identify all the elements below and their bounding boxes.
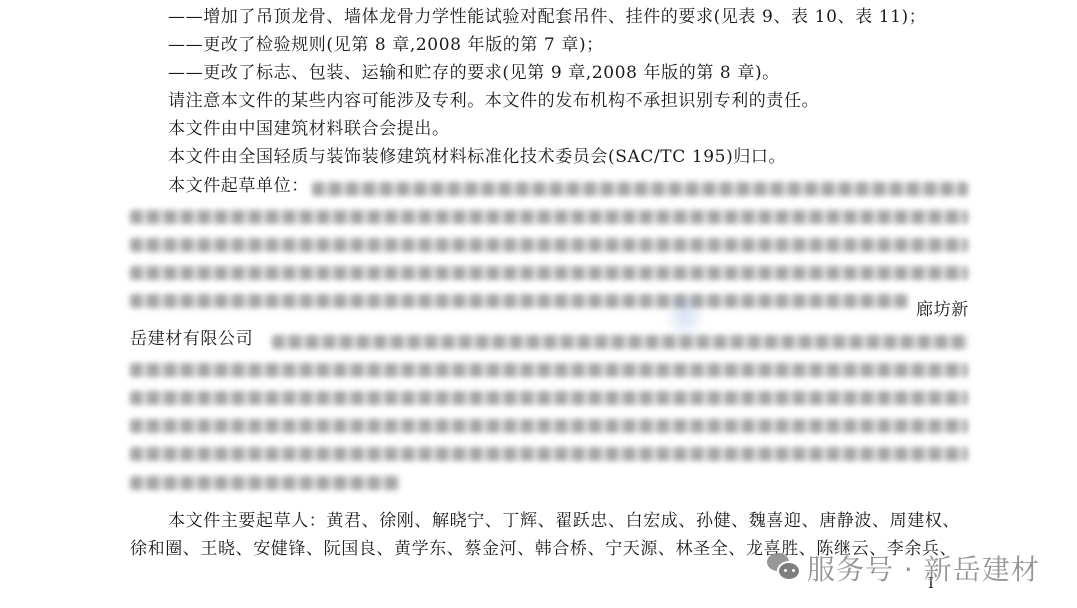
drafters-line-1: 本文件主要起草人：黄君、徐刚、解晓宁、丁辉、翟跃忠、白宏成、孙健、魏喜迎、唐静波… bbox=[168, 510, 960, 532]
blurred-text-line bbox=[272, 335, 968, 349]
highlighted-unit-part1: 廊坊新 bbox=[916, 299, 969, 321]
blurred-text-line bbox=[130, 363, 968, 377]
highlighted-unit-part2: 岳建材有限公司 bbox=[130, 328, 253, 350]
blurred-text-line bbox=[312, 182, 968, 196]
patent-notice: 请注意本文件的某些内容可能涉及专利。本文件的发布机构不承担识别专利的责任。 bbox=[168, 90, 819, 112]
blurred-text-line bbox=[130, 266, 968, 280]
change-item-3: ——更改了标志、包装、运输和贮存的要求(见第 9 章,2008 年版的第 8 章… bbox=[168, 62, 780, 84]
change-item-1: ——增加了吊顶龙骨、墙体龙骨力学性能试验对配套吊件、挂件的要求(见表 9、表 1… bbox=[168, 6, 926, 28]
drafting-units-label: 本文件起草单位： bbox=[168, 175, 309, 197]
blurred-text-line bbox=[130, 476, 400, 490]
blurred-text-line bbox=[130, 294, 908, 308]
blue-smudge bbox=[672, 300, 698, 332]
wechat-icon bbox=[767, 553, 801, 583]
blurred-text-line bbox=[130, 447, 968, 461]
change-item-2: ——更改了检验规则(见第 8 章,2008 年版的第 7 章)； bbox=[168, 34, 604, 56]
blurred-text-line bbox=[130, 391, 968, 405]
watermark: 服务号 · 新岳建材 bbox=[767, 548, 1040, 588]
proposed-by: 本文件由中国建筑材料联合会提出。 bbox=[168, 118, 450, 140]
document-page: ——增加了吊顶龙骨、墙体龙骨力学性能试验对配套吊件、挂件的要求(见表 9、表 1… bbox=[0, 0, 1077, 608]
blurred-text-line bbox=[130, 419, 968, 433]
blurred-text-line bbox=[130, 238, 968, 252]
blurred-text-line bbox=[130, 210, 968, 224]
centralized-by: 本文件由全国轻质与装饰装修建筑材料标准化技术委员会(SAC/TC 195)归口。 bbox=[168, 146, 786, 168]
watermark-text: 服务号 · 新岳建材 bbox=[807, 548, 1040, 588]
